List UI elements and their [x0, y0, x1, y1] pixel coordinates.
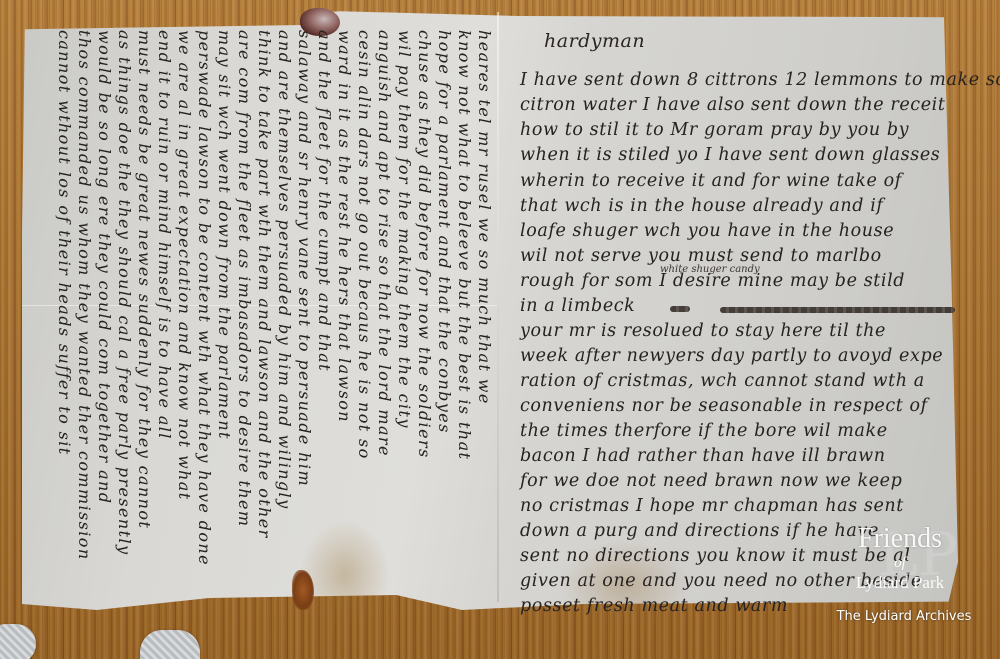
- ink-blot: [670, 306, 690, 312]
- letter-line: the times therfore if the bore wil make: [520, 421, 888, 441]
- letter-line: loafe shuger wch you have in the house: [520, 221, 894, 241]
- watermark-caption: The Lydiard Archives: [824, 609, 984, 624]
- letter-line: wil not serve you must send to marlbo: [520, 246, 882, 266]
- left-line: end it to ruin or mind himself is to hav…: [156, 30, 172, 440]
- watermark-lydiard-park: Lydiard Park: [840, 573, 960, 593]
- left-line: as things doe the they should cal a free…: [116, 30, 132, 555]
- left-line: we are al in great expectation and know …: [176, 30, 192, 501]
- letter-line: week after newyers day partly to avoyd e…: [520, 346, 943, 366]
- left-line: would be so long ere they could com toge…: [96, 30, 112, 504]
- left-line: chuse as they did before for now the sol…: [416, 30, 432, 459]
- watermark-of: of: [840, 555, 960, 572]
- letter-line: down a purg and directions if he have: [520, 521, 879, 541]
- left-line: perswade lawson to be content wth what t…: [196, 30, 212, 566]
- letter-line: wherin to receive it and for wine take o…: [520, 171, 902, 191]
- left-line: and are themselves persuaded by him and …: [276, 30, 292, 510]
- left-line: think to take part wth them and lawson a…: [256, 30, 272, 539]
- letter-line: that wch is in the house already and if: [520, 196, 884, 216]
- left-line: wil pay them for the making them the cit…: [396, 30, 412, 429]
- letter-line: in a limbeck: [520, 296, 635, 316]
- left-line: cannot wthout los of their heads suffer …: [56, 30, 72, 456]
- letter-line: citron water I have also sent down the r…: [520, 95, 945, 115]
- left-line: hope for a parlament and that the conbye…: [436, 30, 452, 434]
- left-line: cesin alin dars not go out becaus he is …: [356, 30, 372, 460]
- struck-through-text: [720, 307, 955, 313]
- left-line: must needs be great newes suddenly for t…: [136, 30, 152, 529]
- letter-line: no cristmas I hope mr chapman has sent: [520, 496, 904, 516]
- grey-ribbon-weight-left: [0, 624, 36, 659]
- letter-line: your mr is resolued to stay here til the: [520, 321, 886, 341]
- letter-line: posset fresh meat and warm: [520, 596, 788, 616]
- left-line: thos commanded us whom they wanted ther …: [76, 30, 92, 561]
- letter-line: how to stil it to Mr goram pray by you b…: [520, 120, 909, 140]
- letter-line: when it is stiled yo I have sent down gl…: [520, 145, 940, 165]
- letter-line: for we doe not need brawn now we keep: [520, 471, 902, 491]
- salutation: hardyman: [544, 30, 645, 52]
- watermark-friends: Friends: [840, 525, 960, 553]
- left-line: salaway and sr henry vane sent to persua…: [296, 30, 312, 487]
- left-line: know not what to beleeve but the best is…: [456, 30, 472, 460]
- letter-line: conveniens nor be seasonable in respect …: [520, 396, 928, 416]
- left-line: and the fleet for the cumpt and that: [316, 30, 332, 372]
- left-line: ward in it as the rest he hers that laws…: [336, 30, 352, 423]
- letter-line: ration of cristmas, wch cannot stand wth…: [520, 371, 925, 391]
- letter-line: I have sent down 8 cittrons 12 lemmons t…: [520, 70, 1000, 90]
- left-line: anguish and apt to rise so that the lord…: [376, 30, 392, 457]
- left-line: are com from the fleet as imbasadors to …: [236, 30, 252, 527]
- archive-watermark: LP Friends of Lydiard Park The Lydiard A…: [828, 525, 998, 655]
- left-line: heares tel mr rusel we so much that we: [476, 30, 492, 405]
- grey-ribbon-weight-middle: [140, 630, 200, 659]
- left-page-text: heares tel mr rusel we so much that we k…: [30, 30, 500, 610]
- letter-line: bacon I had rather than have ill brawn: [520, 446, 886, 466]
- left-line: may sit wch went down from the parlament: [216, 30, 232, 440]
- letter-line: rough for som I desire mine may be stild: [520, 271, 905, 291]
